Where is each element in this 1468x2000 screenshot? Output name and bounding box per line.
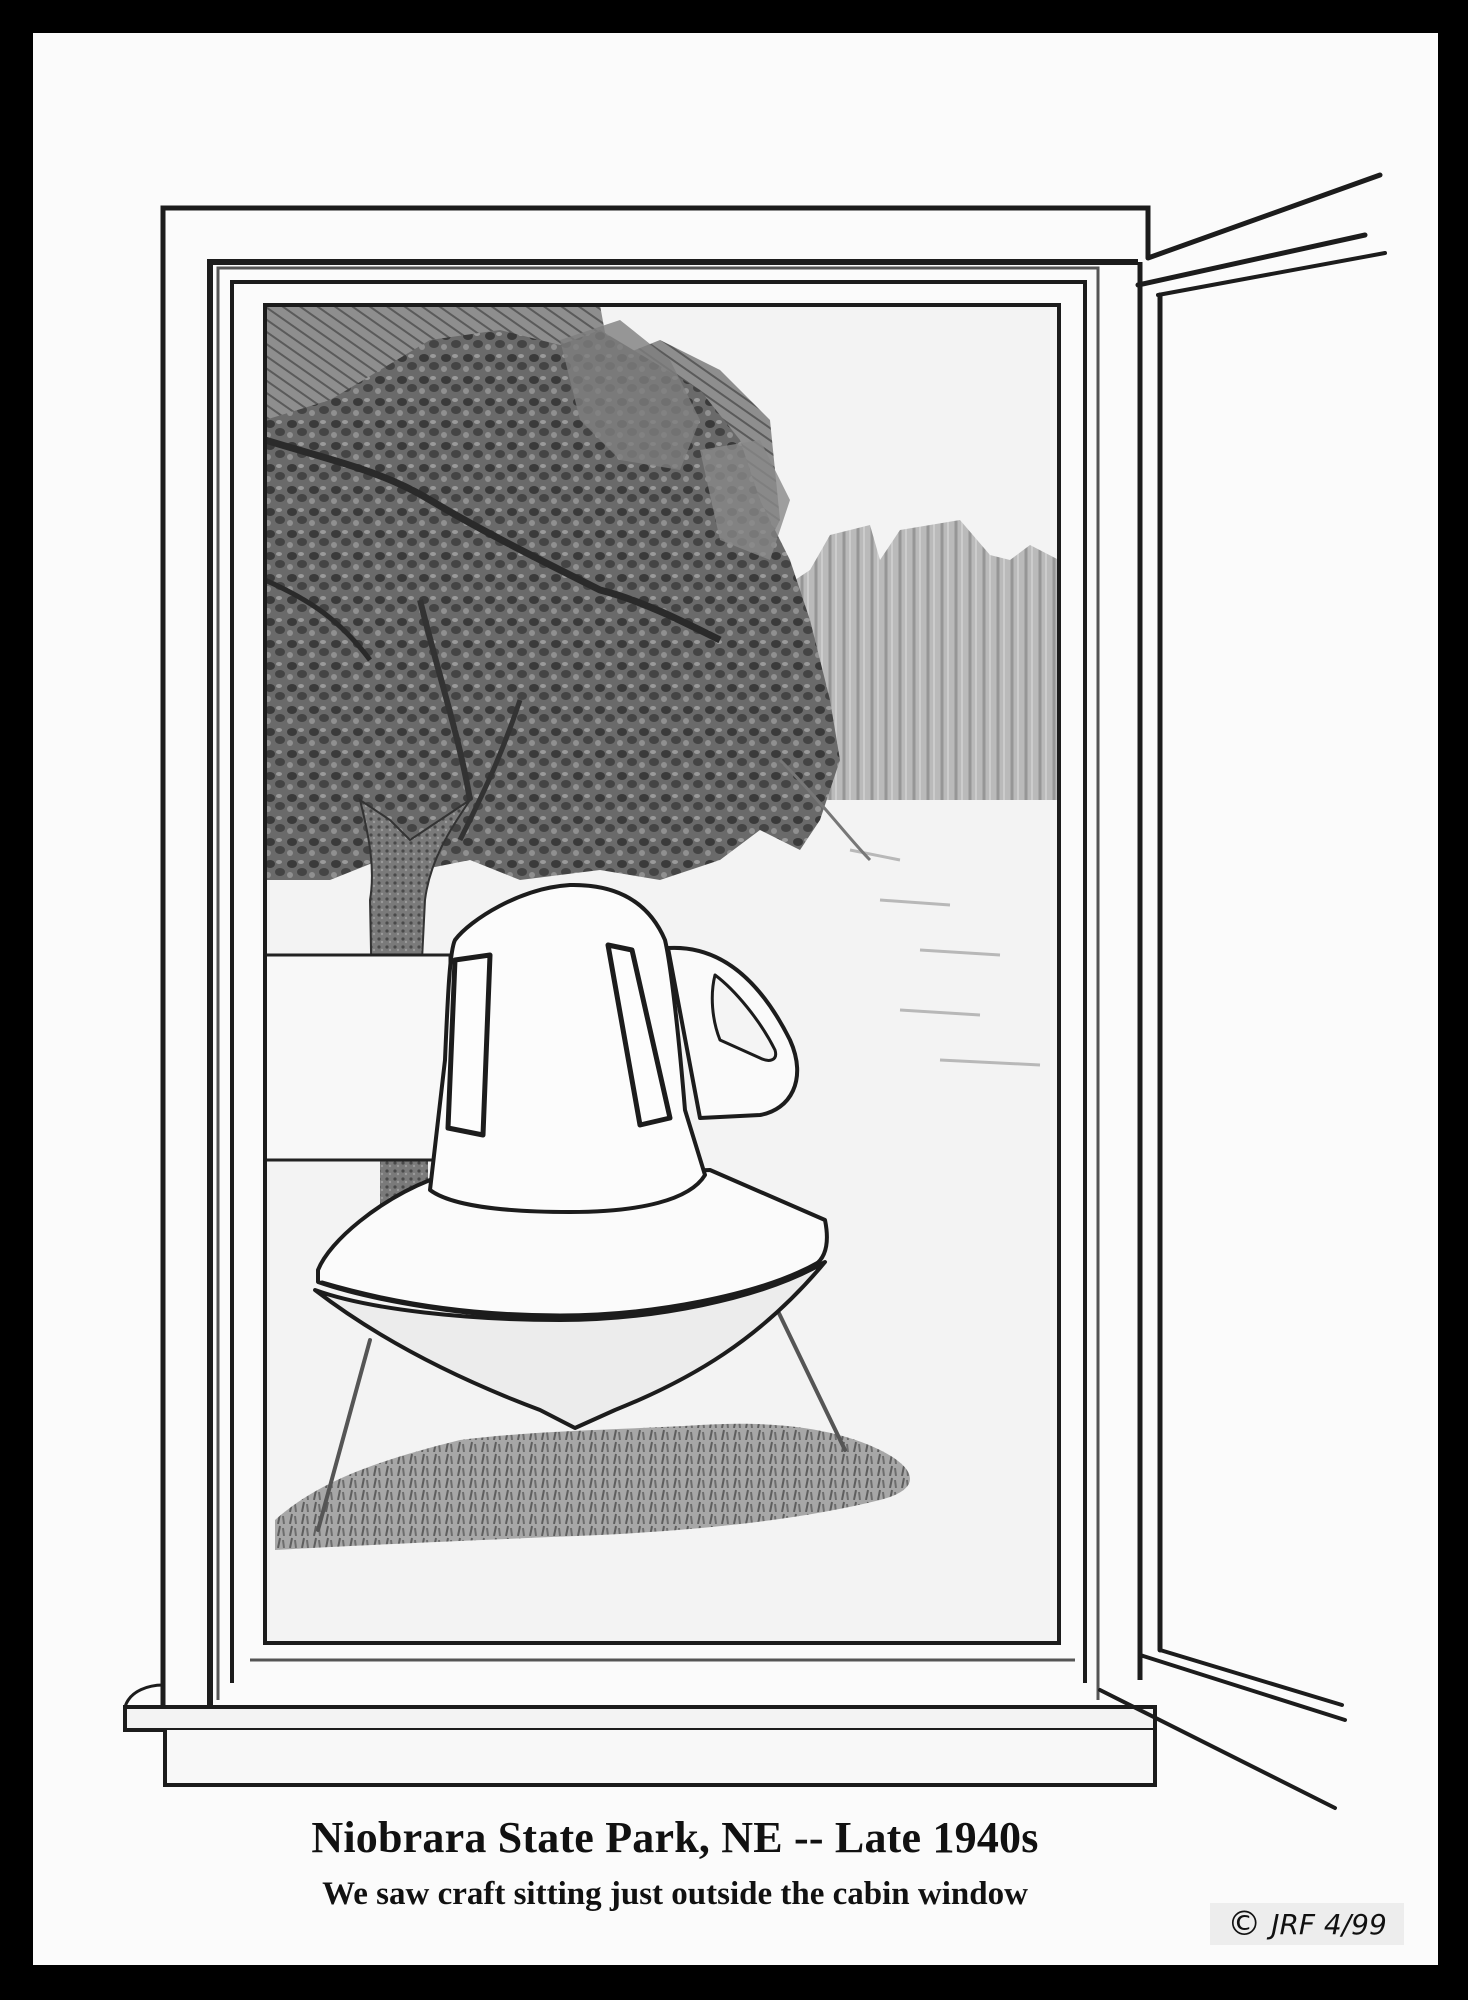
signature-text: JRF 4/99 (1271, 1908, 1387, 1941)
illustration (0, 0, 1468, 2000)
window-sill (125, 1707, 1155, 1730)
caption-subtitle: We saw craft sitting just outside the ca… (0, 1876, 1350, 1913)
copyright-icon: © (1227, 1907, 1261, 1941)
caption-title: Niobrara State Park, NE -- Late 1940s (0, 1812, 1350, 1863)
window-slot-left (448, 955, 490, 1135)
sign-board (265, 955, 450, 1160)
open-casement (1100, 175, 1385, 1808)
window-view (265, 305, 1059, 1643)
sill-apron (165, 1730, 1155, 1785)
signature: © JRF 4/99 (1210, 1903, 1404, 1945)
